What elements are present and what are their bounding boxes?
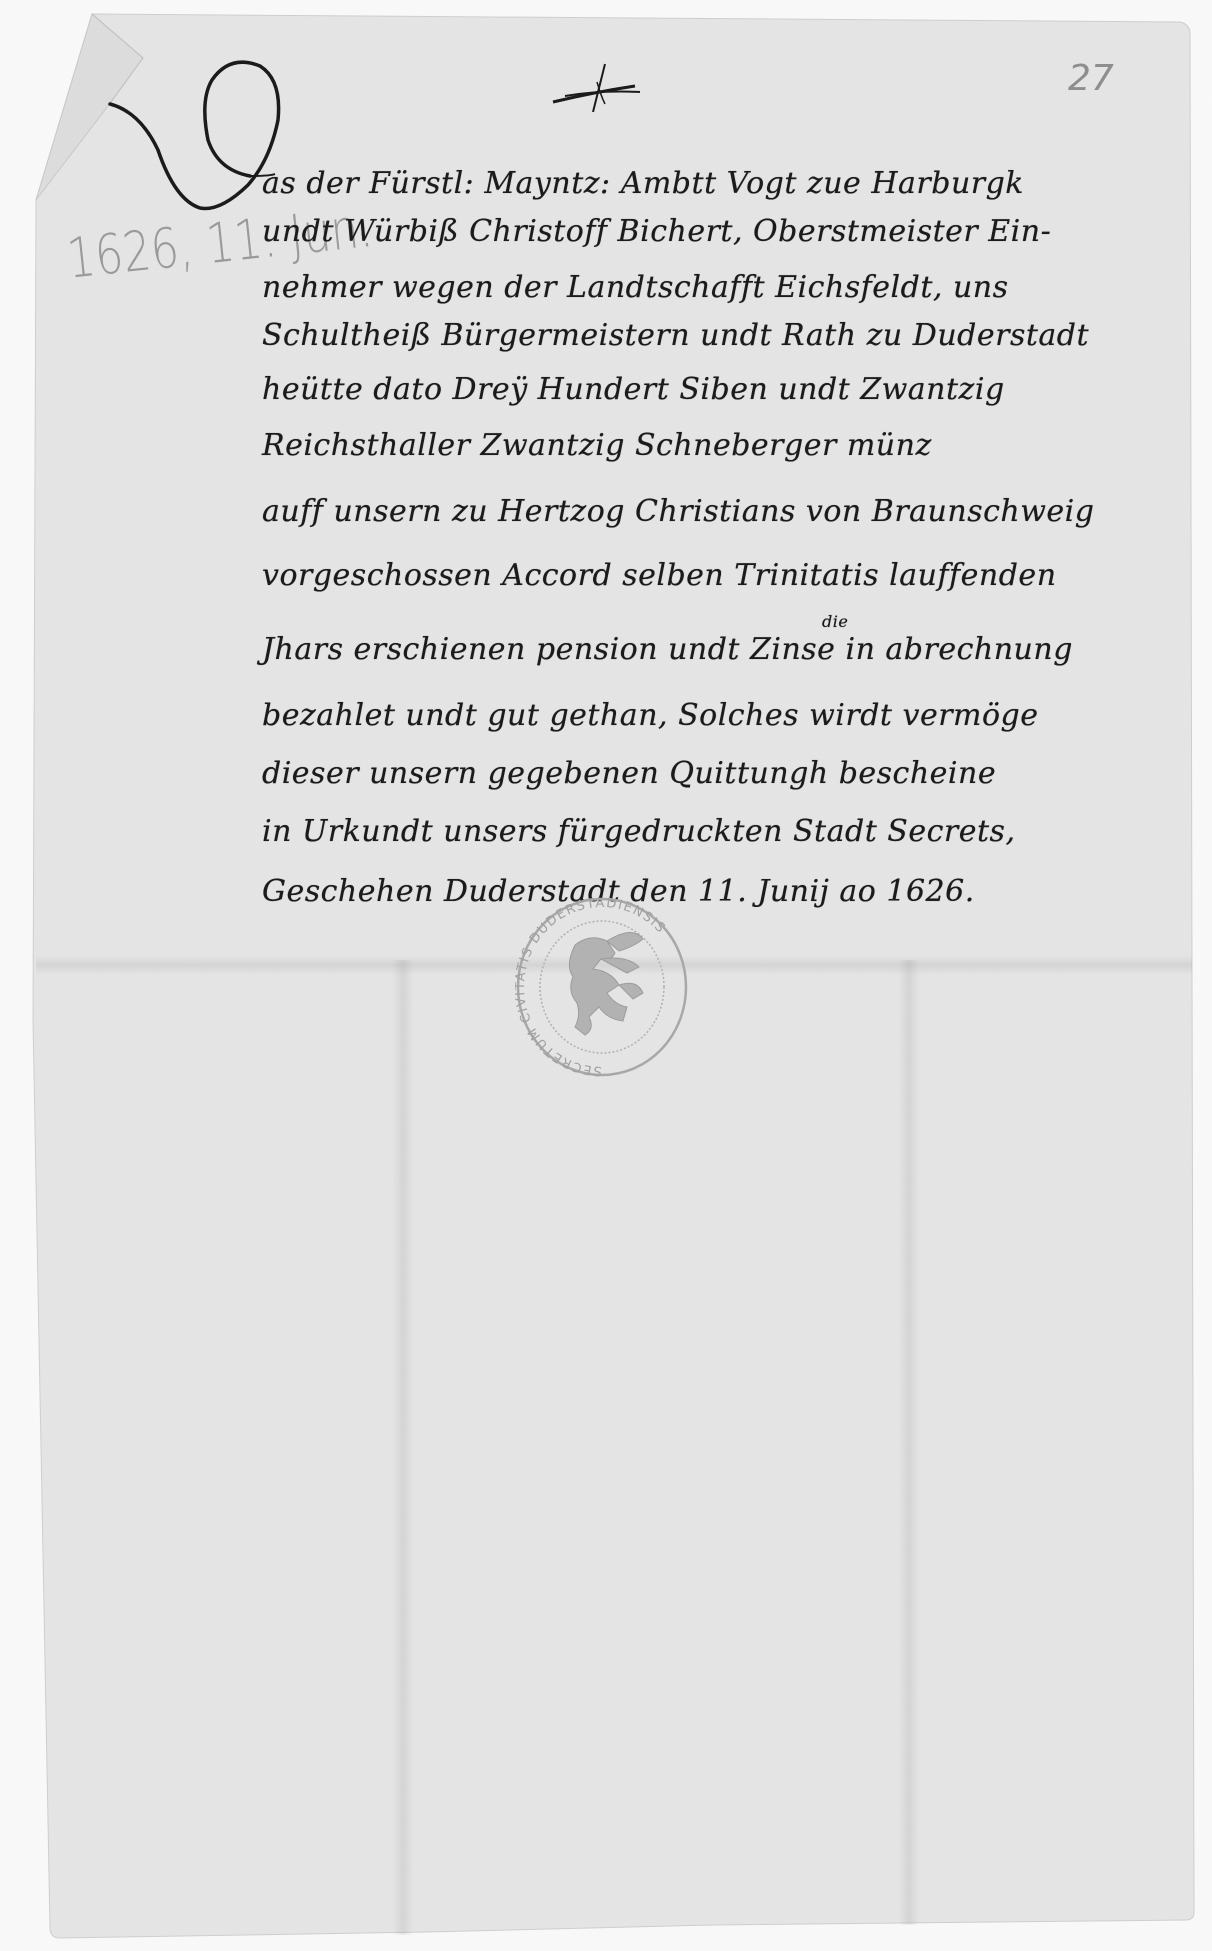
text-line-6: Reichsthaller Zwantzig Schneberger münz bbox=[262, 428, 1142, 464]
text-line-11: dieser unsern gegebenen Quittungh besche… bbox=[262, 756, 1142, 792]
text-line-13: Geschehen Duderstadt den 11. Junij ao 16… bbox=[262, 874, 1142, 910]
text-line-10: bezahlet undt gut gethan, Solches wirdt … bbox=[262, 698, 1142, 734]
text-line-4: Schultheiß Bürgermeistern undt Rath zu D… bbox=[262, 318, 1142, 354]
city-seal-stamp-icon: SECRETUM CIVITATIS DUDERSTADIENSIS bbox=[515, 895, 690, 1080]
text-line-5: heütte dato Dreÿ Hundert Siben undt Zwan… bbox=[262, 372, 1142, 408]
folio-number: 27 bbox=[1068, 58, 1114, 99]
text-line-2: undt Würbiß Christoff Bichert, Oberstmei… bbox=[262, 214, 1142, 250]
ornamental-initial-d-icon bbox=[100, 60, 300, 230]
interlinear-insertion: die bbox=[822, 604, 1212, 640]
text-line-8: vorgeschossen Accord selben Trinitatis l… bbox=[262, 558, 1142, 594]
text-line-12: in Urkundt unsers fürgedruckten Stadt Se… bbox=[262, 814, 1142, 850]
text-line-1: as der Fürstl: Mayntz: Ambtt Vogt zue Ha… bbox=[262, 166, 1142, 202]
text-line-7: auff unsern zu Hertzog Christians von Br… bbox=[262, 494, 1142, 530]
text-line-3: nehmer wegen der Landtschafft Eichsfeldt… bbox=[262, 270, 1142, 306]
header-mark-icon bbox=[545, 62, 645, 112]
